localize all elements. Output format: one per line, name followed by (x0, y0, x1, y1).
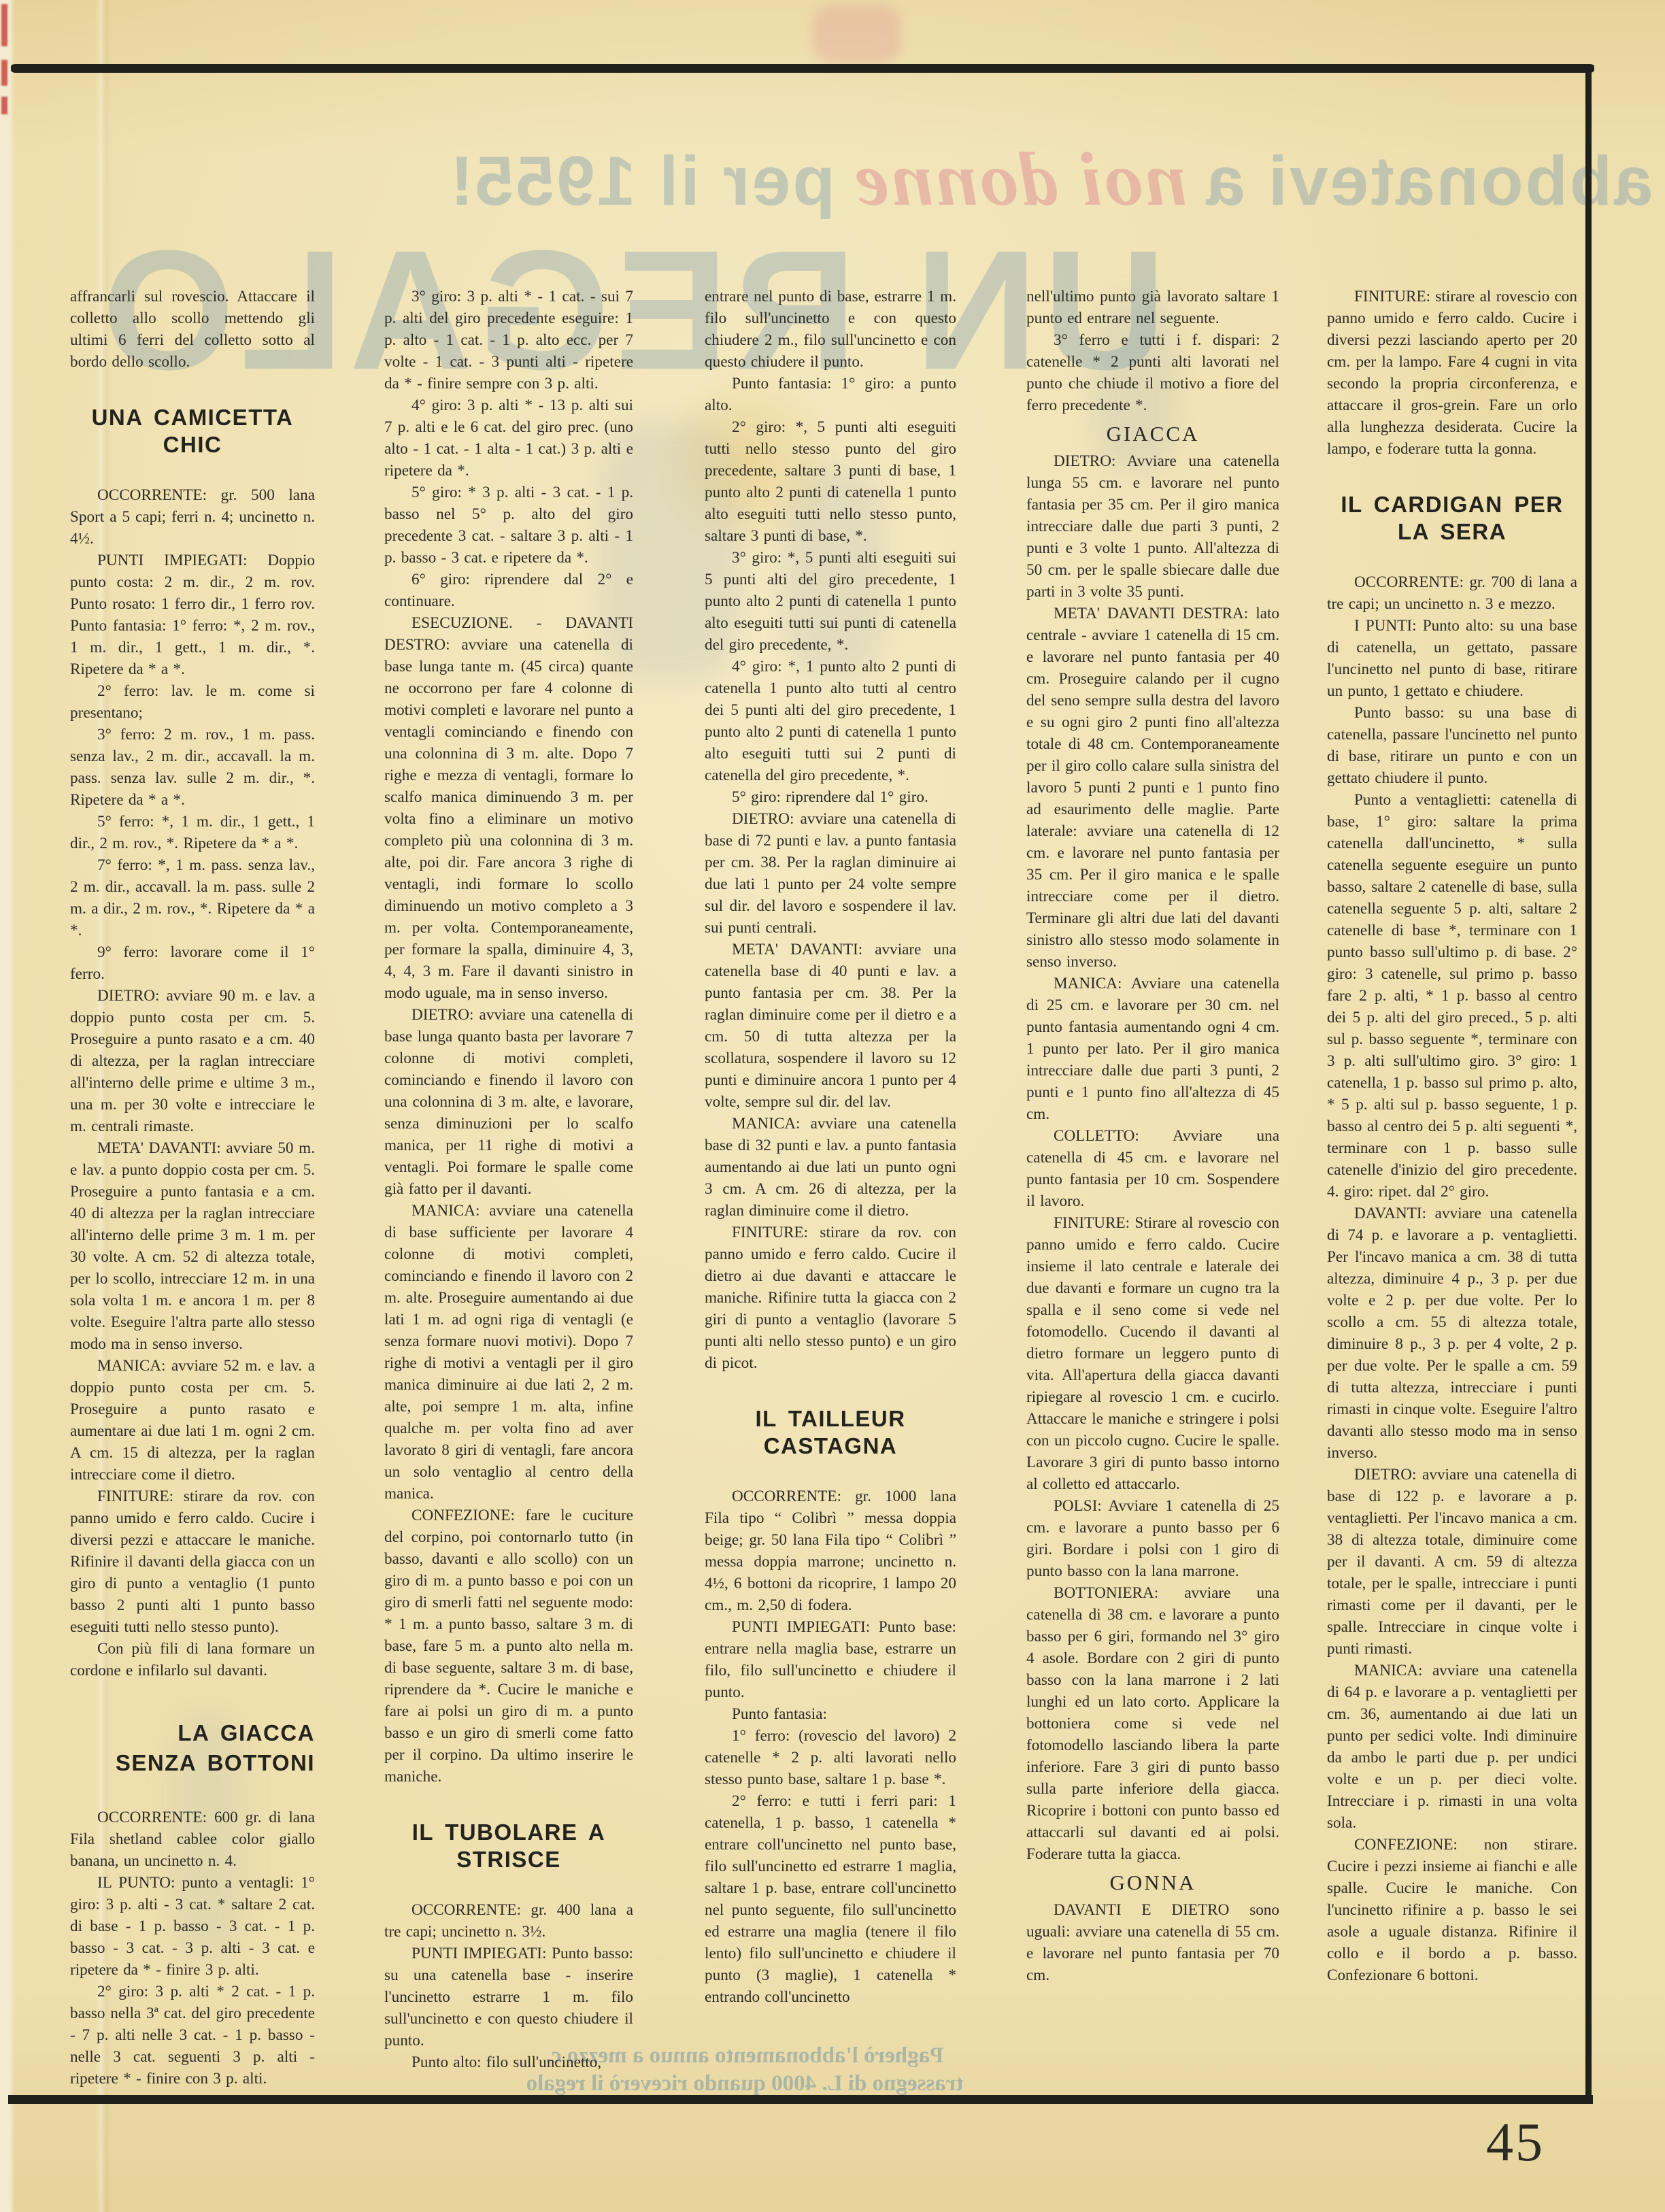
magazine-page: abbonatevi anoi donneper il 1955! UN REG… (0, 0, 1665, 2212)
paragraph: PUNTI IMPIEGATI: Punto basso: su una cat… (384, 1943, 633, 2051)
section-heading: LA GIACCA SENZA BOTTONI (70, 1718, 315, 1778)
paragraph: PUNTI IMPIEGATI: Doppio punto costa: 2 m… (70, 550, 315, 680)
paragraph: POLSI: Avviare 1 catenella di 25 cm. e l… (1026, 1495, 1279, 1582)
section-heading: IL CARDIGAN PER LA SERA (1327, 491, 1577, 546)
paragraph: 6° giro: riprendere dal 2° e continuare. (384, 569, 633, 612)
right-rule (1585, 67, 1592, 2103)
paragraph: nell'ultimo punto già lavorato saltare 1… (1026, 286, 1279, 329)
paragraph: 5° giro: * 3 p. alti - 3 cat. - 1 p. bas… (384, 482, 633, 569)
paragraph: 4° giro: *, 1 punto alto 2 punti di cate… (705, 656, 956, 786)
paragraph: MANICA: Avviare una catenella di 25 cm. … (1026, 973, 1279, 1125)
paragraph: 3° giro: 3 p. alti * - 1 cat. - sui 7 p.… (384, 286, 633, 395)
paragraph: DIETRO: avviare una catenella di base lu… (384, 1004, 633, 1200)
paragraph: 2° ferro: e tutti i ferri pari: 1 catene… (705, 1790, 956, 2008)
paragraph: DIETRO: avviare una catenella di base di… (1327, 1464, 1577, 1660)
ghost-masthead-brand: noi donne (835, 137, 1205, 222)
edge-red-mark (1, 60, 7, 86)
paragraph: FINITURE: stirare da rov. con panno umid… (70, 1486, 315, 1638)
paragraph: 9° ferro: lavorare come il 1° ferro. (70, 941, 315, 985)
section-heading: GONNA (1026, 1871, 1279, 1895)
edge-red-mark (1, 4, 7, 46)
paragraph: MANICA: avviare una catenella di base su… (384, 1200, 633, 1505)
top-rule (11, 64, 1594, 73)
text-column-5: FINITURE: stirare al rovescio con panno … (1327, 286, 1577, 2087)
paragraph: META' DAVANTI DESTRA: lato centrale - av… (1026, 603, 1279, 973)
paragraph: ESECUZIONE. - DAVANTI DESTRO: avviare un… (384, 612, 633, 1004)
paragraph: OCCORRENTE: gr. 1000 lana Fila tipo “ Co… (705, 1486, 956, 1616)
paragraph: Con più fili di lana formare un cordone … (70, 1638, 315, 1681)
text-column-4: nell'ultimo punto già lavorato saltare 1… (1026, 286, 1279, 2087)
paragraph: affrancarli sul rovescio. Attaccare il c… (70, 286, 315, 373)
paragraph: Punto alto: filo sull'uncinetto, (384, 2051, 633, 2073)
text-column-2: 3° giro: 3 p. alti * - 1 cat. - sui 7 p.… (384, 286, 633, 2087)
paragraph: Punto a ventaglietti: catenella di base,… (1327, 789, 1577, 1203)
paragraph: Punto fantasia: (705, 1703, 956, 1725)
paragraph: DAVANTI: avviare una catenella di 74 p. … (1327, 1203, 1577, 1464)
paragraph: 5° ferro: *, 1 m. dir., 1 gett., 1 dir.,… (70, 811, 315, 854)
paragraph: COLLETTO: Avviare una catenella di 45 cm… (1026, 1125, 1279, 1212)
section-heading: IL TAILLEUR CASTAGNA (705, 1405, 956, 1460)
paragraph: Punto basso: su una base di catenella, p… (1327, 702, 1577, 789)
paragraph: BOTTONIERA: avviare una catenella di 38 … (1026, 1582, 1279, 1865)
paragraph: MANICA: avviare una catenella base di 32… (705, 1113, 956, 1222)
paragraph: entrare nel punto di base, estrarre 1 m.… (705, 286, 956, 373)
page-number: 45 (1486, 2112, 1545, 2174)
ghost-masthead-suffix: per il 1955! (448, 142, 835, 220)
paragraph: DIETRO: avviare 90 m. e lav. a doppio pu… (70, 985, 315, 1137)
ghost-smudge-pink (813, 4, 901, 64)
section-heading: GIACCA (1026, 422, 1279, 446)
paragraph: 1° ferro: (rovescio del lavoro) 2 catene… (705, 1725, 956, 1790)
ghost-masthead: abbonatevi anoi donneper il 1955! (48, 136, 1653, 224)
paragraph: 2° ferro: lav. le m. come si presentano; (70, 680, 315, 724)
paragraph: 3° ferro: 2 m. rov., 1 m. pass. senza la… (70, 724, 315, 811)
paragraph: FINITURE: stirare da rov. con panno umid… (705, 1222, 956, 1374)
section-heading: IL TUBOLARE A STRISCE (384, 1819, 633, 1873)
text-column-1: affrancarli sul rovescio. Attaccare il c… (70, 286, 315, 2087)
paragraph: 7° ferro: *, 1 m. pass. senza lav., 2 m.… (70, 854, 315, 941)
paragraph: 2° giro: *, 5 punti alti eseguiti tutti … (705, 416, 956, 547)
paragraph: META' DAVANTI: avviare una catenella bas… (705, 939, 956, 1113)
paragraph: DIETRO: Avviare una catenella lunga 55 c… (1026, 450, 1279, 603)
bottom-rule (8, 2095, 1593, 2104)
paragraph: 3° giro: *, 5 punti alti eseguiti sui 5 … (705, 547, 956, 656)
paragraph: 5° giro: riprendere dal 1° giro. (705, 786, 956, 808)
paragraph: OCCORRENTE: gr. 700 di lana a tre capi; … (1327, 571, 1577, 615)
section-heading: UNA CAMICETTA CHIC (70, 404, 315, 458)
paragraph: CONFEZIONE: fare le cuciture del corpino… (384, 1505, 633, 1788)
paragraph: OCCORRENTE: gr. 400 lana a tre capi; unc… (384, 1899, 633, 1943)
paragraph: FINITURE: Stirare al rovescio con panno … (1026, 1212, 1279, 1495)
paragraph: IL PUNTO: punto a ventagli: 1° giro: 3 p… (70, 1872, 315, 1981)
paragraph: MANICA: avviare 52 m. e lav. a doppio pu… (70, 1355, 315, 1486)
paragraph: PUNTI IMPIEGATI: Punto base: entrare nel… (705, 1616, 956, 1703)
paragraph: Punto fantasia: 1° giro: a punto alto. (705, 373, 956, 416)
paragraph: OCCORRENTE: gr. 500 lana Sport a 5 capi;… (70, 484, 315, 550)
paragraph: OCCORRENTE: 600 gr. di lana Fila shetlan… (70, 1807, 315, 1872)
paragraph: META' DAVANTI: avviare 50 m. e lav. a pu… (70, 1137, 315, 1355)
paragraph: 2° giro: 3 p. alti * 2 cat. - 1 p. basso… (70, 1981, 315, 2087)
paragraph: DIETRO: avviare una catenella di base di… (705, 808, 956, 939)
paragraph: MANICA: avviare una catenella di 64 p. e… (1327, 1660, 1577, 1834)
paragraph: 4° giro: 3 p. alti * - 13 p. alti sui 7 … (384, 395, 633, 482)
text-column-3: entrare nel punto di base, estrarre 1 m.… (705, 286, 956, 2087)
paragraph: FINITURE: stirare al rovescio con panno … (1327, 286, 1577, 460)
paragraph: I PUNTI: Punto alto: su una base di cate… (1327, 615, 1577, 702)
paragraph: 3° ferro e tutti i f. dispari: 2 catenel… (1026, 329, 1279, 416)
paragraph: CONFEZIONE: non stirare. Cucire i pezzi … (1327, 1834, 1577, 1986)
edge-red-mark (1, 97, 7, 114)
paragraph: DAVANTI E DIETRO sono uguali: avviare un… (1026, 1899, 1279, 1986)
